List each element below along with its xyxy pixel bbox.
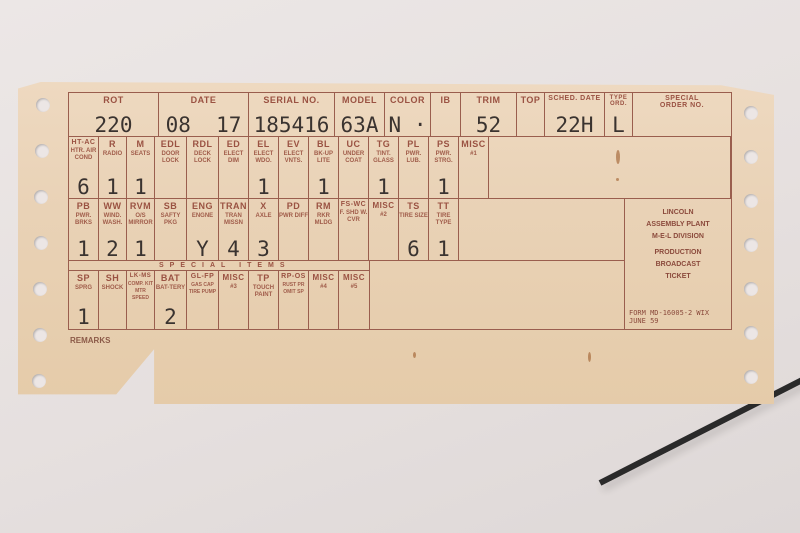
field-top: TOP <box>517 93 545 137</box>
field-ib: IB <box>431 93 461 137</box>
field-door-lock: EDLDOOR LOCK <box>155 137 187 199</box>
field-pwr-diff: PDPWR DIFF <box>279 199 309 261</box>
sprocket-hole <box>33 282 47 296</box>
field-misc-5: MISC#5 <box>339 271 369 329</box>
field-battery: BATBAT-TERY2 <box>155 271 187 329</box>
field-gl-fp: GL-FPGAS CAP TIRE PUMP <box>187 271 219 329</box>
field-under-coat: UCUNDER COAT <box>339 137 369 199</box>
field-misc-4: MISC#4 <box>309 271 339 329</box>
field-safty-pkg: SBSAFTY PKG <box>155 199 187 261</box>
sprocket-hole <box>744 370 758 384</box>
stain <box>616 150 620 164</box>
field-model: MODEL63A <box>335 93 385 137</box>
stain <box>413 352 416 358</box>
sprocket-hole <box>744 282 758 296</box>
field-engine: ENGENGNEY <box>187 199 219 261</box>
field-fs-wc: FS-WCF. SHD W. CVR <box>339 199 369 261</box>
field-sched-date: SCHED. DATE22H <box>545 93 605 137</box>
field-rkr-mldg: RMRKR MLDG <box>309 199 339 261</box>
field-pwr-strg: PSPWR. STRG.1 <box>429 137 459 199</box>
blank-area <box>368 260 625 330</box>
broadcast-ticket: ROT220 DATE08 17 SERIAL NO.185416 MODEL6… <box>18 82 774 404</box>
field-misc-2: MISC#2 <box>369 199 399 261</box>
field-serial: SERIAL NO.185416 <box>249 93 335 137</box>
sprocket-hole <box>34 190 48 204</box>
field-seats: MSEATS1 <box>127 137 155 199</box>
sprocket-hole <box>34 236 48 250</box>
plant-stamp: LINCOLN ASSEMBLY PLANT M-E-L DIVISION PR… <box>624 198 732 330</box>
field-transmission: TRANTRAN MISSN4 <box>219 199 249 261</box>
field-pwr-lub: PLPWR. LUB. <box>399 137 429 199</box>
field-pwr-brks: PBPWR. BRKS1 <box>69 199 99 261</box>
form-number: FORM MD-16005-2 WIX JUNE 59 <box>629 309 709 325</box>
field-tire-size: TSTIRE SIZE6 <box>399 199 429 261</box>
field-touch-paint: TPTOUCH PAINT <box>249 271 279 329</box>
sprocket-hole <box>36 98 50 112</box>
field-mirror: RVMO/S MIRROR1 <box>127 199 155 261</box>
sprocket-hole <box>744 150 758 164</box>
field-type-ord: TYPE ORD.L <box>605 93 633 137</box>
field-trim: TRIM52 <box>461 93 517 137</box>
sprocket-hole <box>744 106 758 120</box>
ticket-form: ROT220 DATE08 17 SERIAL NO.185416 MODEL6… <box>68 92 738 352</box>
row-options-2: PBPWR. BRKS1 WWWIND. WASH.2 RVMO/S MIRRO… <box>68 198 629 261</box>
field-spring: SPSPRG1 <box>69 271 99 329</box>
field-axle: XAXLE3 <box>249 199 279 261</box>
sprocket-hole <box>35 144 49 158</box>
sprocket-hole <box>744 194 758 208</box>
sprocket-hole <box>744 238 758 252</box>
field-lk-ms: LK-MSCOMP. KIT MTR SPEED <box>127 271 155 329</box>
remarks-label: REMARKS <box>70 336 110 345</box>
stain <box>588 352 591 362</box>
field-tire-type: TTTIRE TYPE1 <box>429 199 459 261</box>
field-misc-1: MISC#1 <box>459 137 489 199</box>
field-special-order: SPECIAL ORDER NO. <box>633 93 731 137</box>
field-tint-glass: TGTINT. GLASS1 <box>369 137 399 199</box>
field-ht-ac: HT-ACHTR. AIR COND6 <box>69 137 99 199</box>
field-color: COLORN · <box>385 93 431 137</box>
field-rp-os: RP-OSRUST PR OMIT SP <box>279 271 309 329</box>
field-date: DATE08 17 <box>159 93 249 137</box>
stain <box>616 178 619 181</box>
row-special-items: SPSPRG1 SHSHOCK LK-MSCOMP. KIT MTR SPEED… <box>68 270 370 330</box>
field-rot: ROT220 <box>69 93 159 137</box>
sprocket-hole <box>33 328 47 342</box>
row-header: ROT220 DATE08 17 SERIAL NO.185416 MODEL6… <box>68 92 732 137</box>
sprocket-hole <box>32 374 46 388</box>
field-misc-3: MISC#3 <box>219 271 249 329</box>
field-deck-lock: RDLDECK LOCK <box>187 137 219 199</box>
blank-area-upper <box>488 136 731 199</box>
sprocket-hole <box>744 326 758 340</box>
field-elect-dim: EDELECT DIM <box>219 137 249 199</box>
field-shock: SHSHOCK <box>99 271 127 329</box>
field-bk-up-lite: BLBK-UP LITE1 <box>309 137 339 199</box>
field-elect-wdo: ELELECT WDO.1 <box>249 137 279 199</box>
field-elect-vnts: EVELECT VNTS. <box>279 137 309 199</box>
field-radio: RRADIO1 <box>99 137 127 199</box>
tractor-strip-left <box>18 82 64 404</box>
field-wind-wash: WWWIND. WASH.2 <box>99 199 127 261</box>
